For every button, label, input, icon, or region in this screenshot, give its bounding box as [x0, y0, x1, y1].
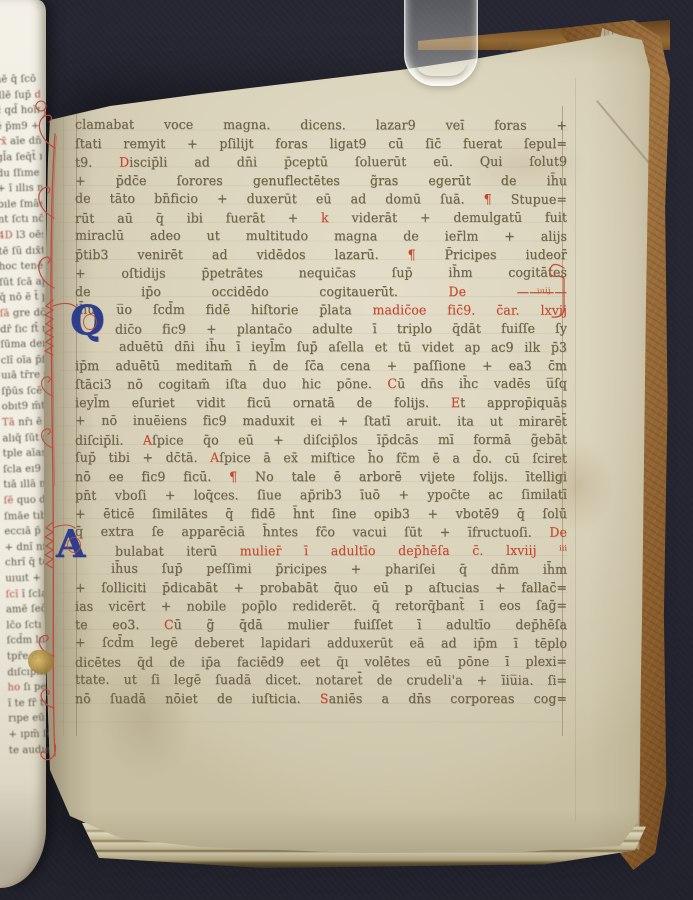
text-line: clamabat voce magna. dicens. lazar9 veı̄…	[75, 115, 567, 135]
text-line: nō ſuadā nōiet de iuſticia. Saniēs a dn̄…	[75, 689, 567, 708]
text-line: ttate. ut ſi legē ſuadā dicet. notaret̄ …	[75, 670, 567, 690]
text-line: q̄ extra ſe apparēciā h̄ntes fc̄o vacui …	[75, 522, 567, 542]
text-line: + ſolliciti p̄dicabāt + probabāt q̄uo eū…	[75, 578, 567, 597]
text-line: de ip̄o occidēdo cogitauerūt. De ————	[75, 282, 567, 301]
text-line: miraclū adeo ut multitudo magna de ier̄l…	[75, 226, 567, 246]
text-line: dicētes q̄d de ip̄a faciēd9 eet q̄ı volē…	[75, 652, 567, 672]
text-line: ſup̄ tibi + dc̄tā. Aſpice ā ex̄ miſtice …	[75, 448, 567, 468]
illuminated-initial-q: Q	[70, 299, 105, 343]
text-line: + ſcd̄m legē deberet lapidari adduxerūt …	[75, 633, 567, 653]
text-line: de tāto bn̄ficio + duxerūt eū ad domū ſu…	[75, 189, 567, 209]
gilt-repair-patch	[28, 650, 54, 674]
text-line: ih̄u u̅o ſcd̄m fidē hiſtorie p̄lata madi…	[75, 300, 567, 320]
text-line: ih̄us ſup̄ peſſimi p̄ricipes + phariſei …	[75, 559, 567, 579]
text-line: te eo3. Cū g̃ q̄dā mulier fuiſſet ī adul…	[75, 615, 567, 634]
text-line: + ēticē ſimilātes q̄ fidē h̄nt ſine opib…	[75, 504, 567, 523]
text-line: + oſtidijs p̄petrātes nequic̄as ſup̄ ih̄…	[75, 263, 567, 283]
main-text-block: clamabat voce magna. dicens. lazar9 veı̄…	[75, 116, 567, 708]
manuscript-photo-scene: nē q̄ ſcō t9 abıllē ſup̄ dı̄ nōc̄ qd̄ ho…	[0, 0, 693, 900]
text-line: pn̄t vboſi + loq̄ces. ſiue ap̄rib3 īuō +…	[75, 485, 567, 505]
plastic-page-clip	[404, 0, 478, 86]
text-line: p̄tib3 venirēt ad vidēdos lazarū. ¶ P̄ri…	[75, 245, 567, 264]
text-line: dic̄o fic9 + plantac̄o adulte ī triplo q…	[75, 319, 567, 339]
text-line: nē q̄ ſcō t9 ab	[0, 72, 40, 89]
text-line: ip̄m aduētū meditam̄ n̄ de ſc̄a cena + p…	[75, 356, 567, 375]
folio-number: 85	[500, 40, 522, 56]
text-line: + nō inuēiens fic9 maduxit ei + ſtatī ar…	[75, 411, 567, 431]
text-line: aduētū dn̄i ih̄u ī ieyl̄m ſup̄ aſella et…	[75, 337, 567, 357]
illuminated-initial-a: A	[56, 523, 85, 565]
text-line: ias vicērt + nobile pop̄lo rediderēt. q̄…	[75, 596, 567, 616]
margin-chapter-note: iuij	[537, 286, 552, 296]
text-line: + p̄dc̄e ſorores genuflectētes g̃ras ege…	[75, 171, 567, 190]
text-line: nō ee fic9 ficū. ¶ No tale ē arborē vije…	[75, 467, 567, 486]
text-line: ieyl̄m eſuriet vidit ficū ornatā de foli…	[75, 393, 567, 412]
text-line: ſtāci3 nō cogitam̄ iſta duo hic pōne. Cū…	[75, 374, 567, 394]
text-line: t9. Discip̄li ad dn̄i p̄ceptū ſoluerūt e…	[75, 152, 567, 172]
text-line: bulabat iterū mulier̄ ī adultīo dep̄hēſa…	[75, 541, 567, 561]
text-line: diſcip̄li. Aſpice q̄o eū + diſcip̄los īp…	[75, 430, 567, 450]
text-line: rūt aū q̄ ibi fuerāt + k viderāt + demul…	[75, 208, 567, 228]
text-line: ſtati remyit + pſilijt foras ligat9 cū ſ…	[75, 134, 567, 153]
